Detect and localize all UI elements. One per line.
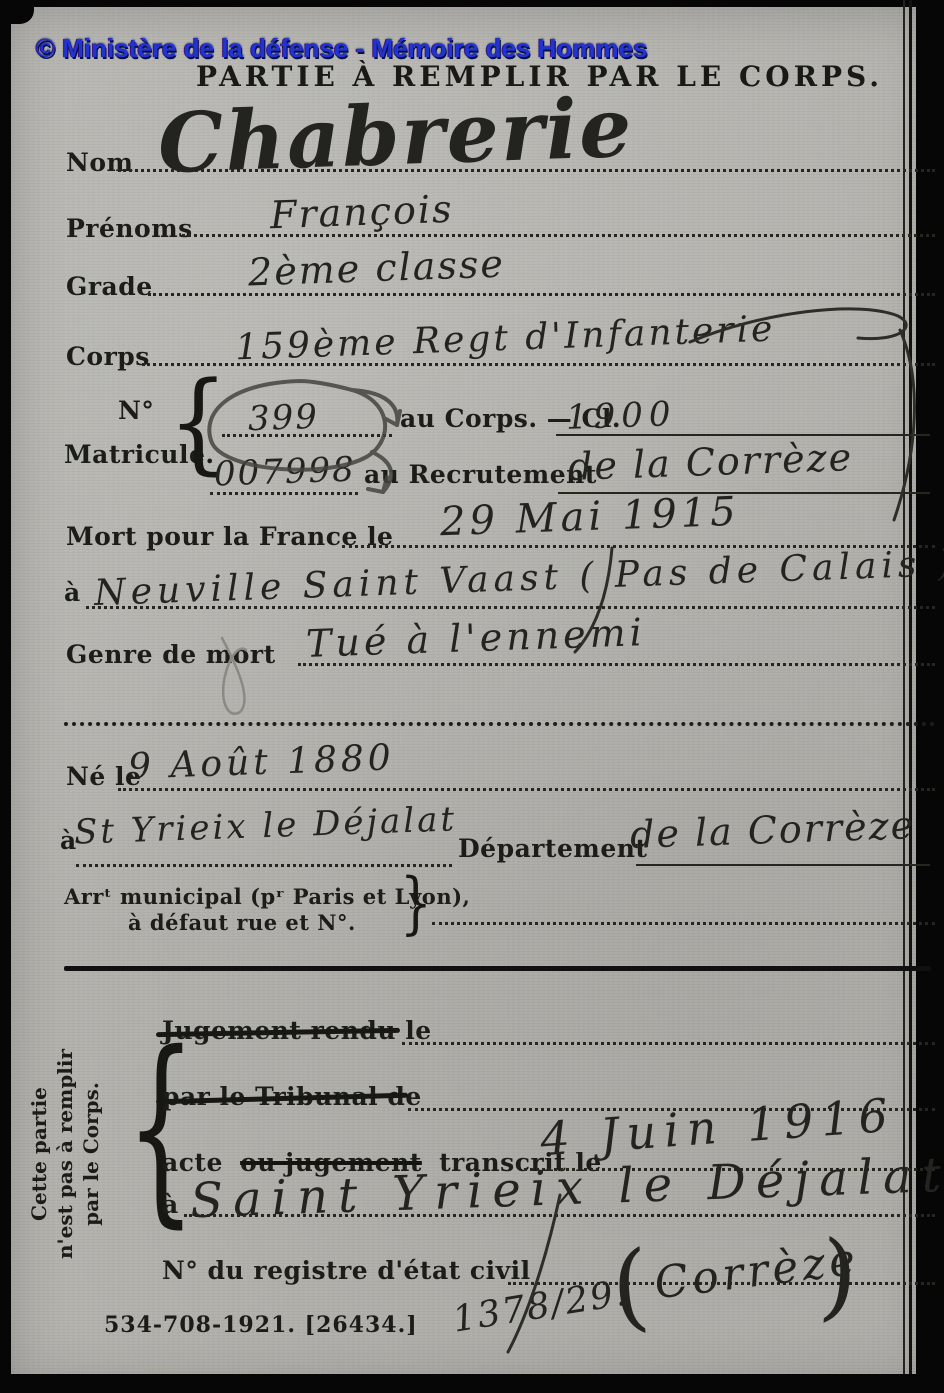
handwritten-date-mort: 29 Mai 1915 [439,489,740,545]
dotted-line [76,864,452,867]
handwritten-prenoms: François [269,187,454,237]
handwritten-nom: Chabrerie [156,80,634,193]
field-label-genre-mort: Genre de mort [66,640,276,669]
scanned-death-record: © Ministère de la défense - Mémoire des … [0,0,944,1393]
field-label-au-recrutement: au Recrutement [364,460,597,489]
handwritten-matricule-corps: 399 [247,397,319,439]
field-label-prenoms: Prénoms [66,214,193,243]
field-label-arrt-line2: à défaut rue et N°. [128,910,356,935]
field-label-corps: Corps [66,342,150,371]
handwritten-classe: 1900 [565,394,677,438]
handwritten-lieu-recrutement: de la Corrèze [567,435,853,489]
handwritten-lieu-naissance: St Yrieix le Déjalat [73,799,457,852]
scan-edge-top [0,0,944,7]
handwritten-grade: 2ème classe [247,242,505,295]
field-label-nom: Nom [66,148,133,177]
scan-edge-bottom [0,1374,944,1393]
field-label-transcription-a: à [162,1190,179,1219]
lower-section-brace: { [126,1025,196,1229]
handwritten-paren-close: ) [816,1221,863,1333]
field-label-grade: Grade [66,272,153,301]
field-label-numero: N° [118,396,154,425]
handwritten-date-naissance: 9 Août 1880 [127,737,395,787]
side-note-vertical: Cette partie n'est pas à remplir par le … [26,1014,104,1294]
handwritten-genre-mort: Tué à l'ennemi [305,610,646,666]
field-label-registre: N° du registre d'état civil [162,1256,531,1285]
dotted-line [210,492,358,495]
solid-line [636,864,930,866]
handwritten-corps: 159ème Regt d'Infanterie [234,309,775,369]
dotted-line [118,788,935,791]
solid-line [556,434,930,436]
section-divider-rule [64,966,931,971]
field-label-mort-a: à [64,578,81,607]
handwritten-lieu-mort: Neuville Saint Vaast ( Pas de Calais ) [94,543,944,614]
print-reference: 534-708-1921. [26434.] [104,1312,418,1338]
handwritten-matricule-recrutement: 007998 [213,450,356,495]
scan-edge-left [0,0,11,1393]
handwritten-departement: de la Corrèze [629,803,915,857]
dotted-line [298,663,935,666]
dotted-line [432,922,935,925]
field-label-departement: Département [458,834,647,863]
arrt-brace: } [400,869,432,937]
section-separator-line [64,722,935,726]
dotted-line [402,1042,935,1045]
